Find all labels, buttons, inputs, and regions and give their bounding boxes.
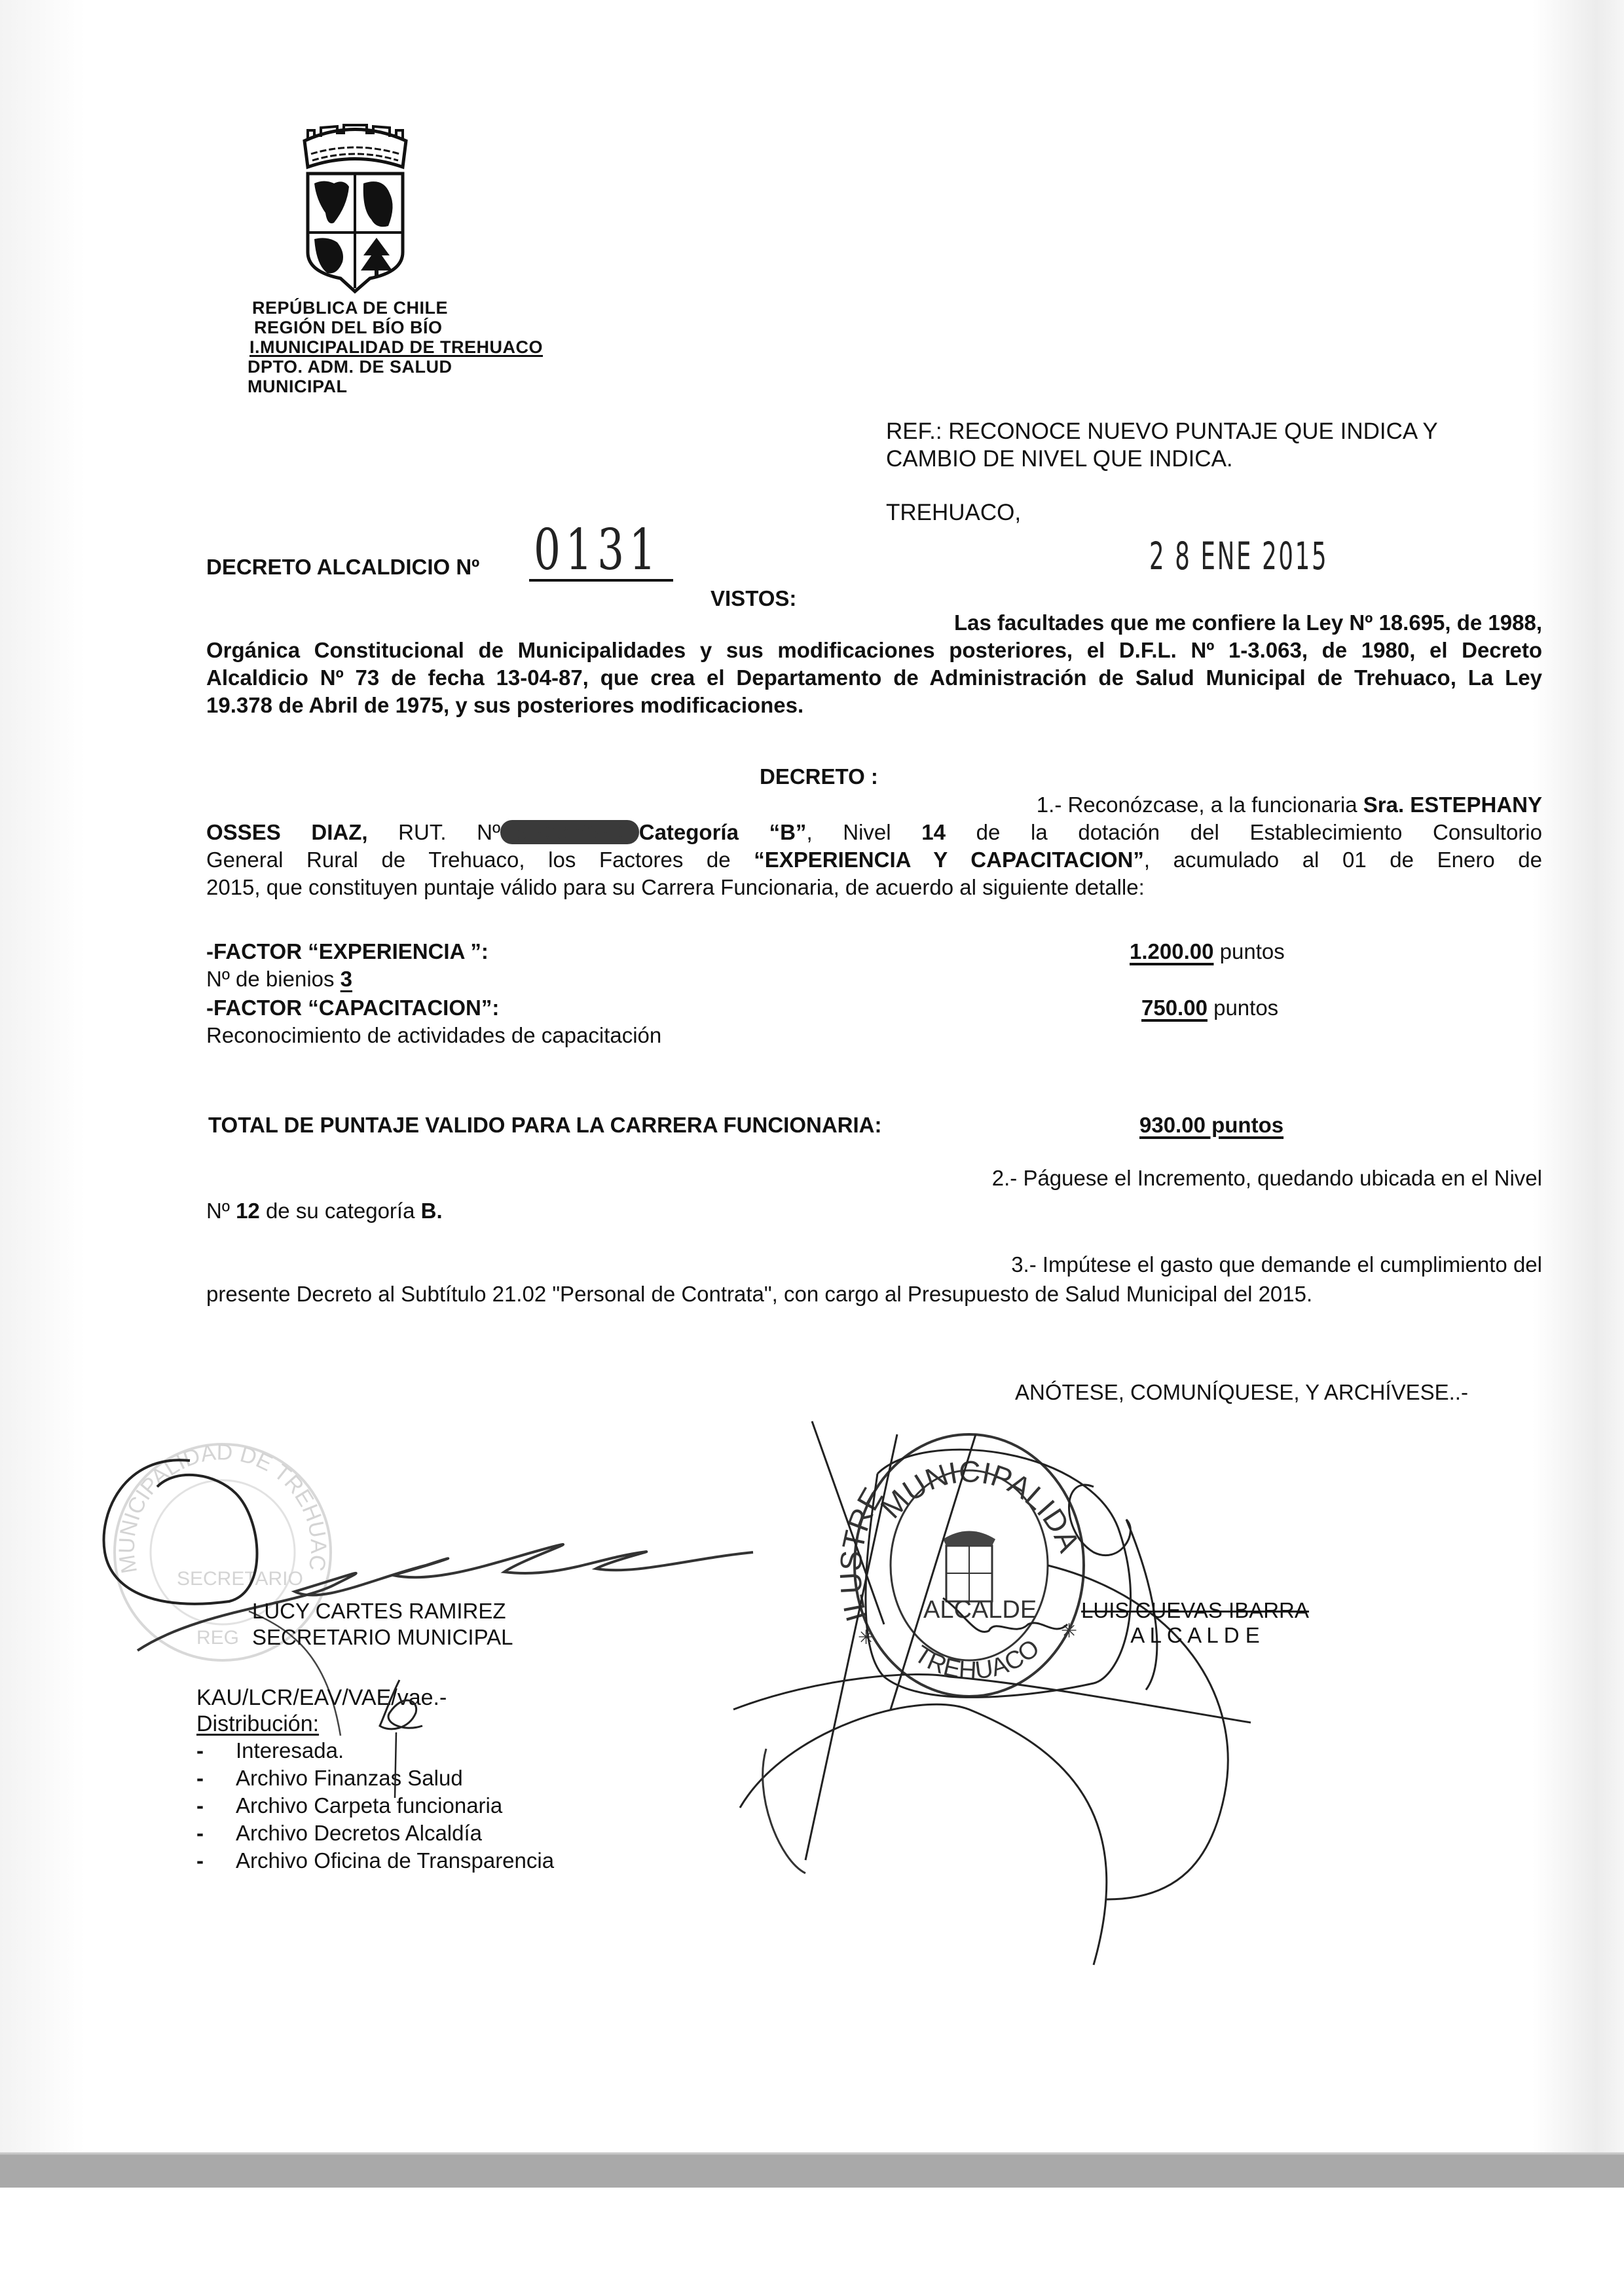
factor-capacitacion: -FACTOR “CAPACITACION”: Reconocimiento d… [206, 994, 1189, 1049]
vistos-line-3: Alcaldicio Nº 73 de fecha 13-04-87, que … [206, 664, 1542, 692]
article-1-line-1: 1.- Reconózcase, a la funcionaria Sra. E… [206, 791, 1542, 819]
initials-signature [363, 1673, 442, 1804]
secretary-title: SECRETARIO MUNICIPAL [252, 1624, 513, 1651]
factor-experiencia-detail: Nº de bienios 3 [206, 965, 1189, 993]
factor-capacitacion-points: 750.00 puntos [1130, 994, 1278, 1022]
mayor-signature [753, 1402, 1473, 1991]
bienios-count: 3 [341, 967, 352, 991]
article-2-line-2: Nº 12 de su categoría B. [206, 1197, 443, 1225]
new-level: 12 [236, 1199, 260, 1223]
current-level: 14 [921, 820, 946, 844]
secretary-block: LUCY CARTES RAMIREZ SECRETARIO MUNICIPAL [252, 1598, 513, 1651]
vistos-line-4: 19.378 de Abril de 1975, y sus posterior… [206, 692, 1542, 719]
article-3-line-2: presente Decreto al Subtítulo 21.02 "Per… [206, 1280, 1581, 1308]
place-label: TREHUACO, [886, 499, 1021, 527]
article-1: 1.- Reconózcase, a la funcionaria Sra. E… [206, 791, 1542, 901]
article-1-line-2: OSSES DIAZ, RUT. Nº15.703.837-0,Categorí… [206, 819, 1542, 846]
factor-experiencia: -FACTOR “EXPERIENCIA ”: Nº de bienios 3 [206, 938, 1189, 993]
factor-experiencia-title: -FACTOR “EXPERIENCIA ”: [206, 938, 1189, 965]
letterhead-country: REPÚBLICA DE CHILE [252, 298, 553, 318]
scan-shadow-left [0, 0, 85, 2155]
mayor-name: LUIS CUEVAS IBARRA [1067, 1598, 1323, 1623]
factor-capacitacion-detail: Reconocimiento de actividades de capacit… [206, 1022, 1189, 1049]
decreto-heading: DECRETO : [760, 763, 878, 791]
mayor-title: A L C A L D E [1067, 1623, 1323, 1648]
reference-block: REF.: RECONOCE NUEVO PUNTAJE QUE INDICA … [886, 418, 1541, 473]
distribution-item: -Archivo Decretos Alcaldía [196, 1819, 554, 1847]
employee-last-name: OSSES DIAZ, [206, 820, 368, 844]
factor-capacitacion-title: -FACTOR “CAPACITACION”: [206, 994, 1189, 1022]
vistos-heading: VISTOS: [710, 585, 796, 612]
mayor-block: LUIS CUEVAS IBARRA A L C A L D E [1067, 1598, 1323, 1648]
reference-line-2: CAMBIO DE NIVEL QUE INDICA. [886, 445, 1541, 473]
article-3-line-1: 3.- Impútese el gasto que demande el cum… [881, 1251, 1542, 1278]
article-1-line-4: 2015, que constituyen puntaje válido par… [206, 874, 1542, 901]
decree-number-label: DECRETO ALCALDICIO Nº [206, 553, 479, 581]
secretary-signature [98, 1461, 819, 1723]
employee-first-name: Sra. ESTEPHANY [1363, 793, 1542, 817]
vistos-line-1: Las facultades que me confiere la Ley Nº… [206, 609, 1542, 637]
vistos-paragraph: Las facultades que me confiere la Ley Nº… [206, 609, 1542, 719]
letterhead-municipality: I.MUNICIPALIDAD DE TREHUACO [249, 337, 553, 357]
factor-experiencia-points: 1.200.00 puntos [1130, 938, 1285, 965]
article-1-line-3: General Rural de Trehuaco, los Factores … [206, 846, 1542, 874]
letterhead-region: REGIÓN DEL BÍO BÍO [252, 318, 553, 337]
municipal-coat-of-arms-icon [298, 121, 413, 295]
decree-number-handwritten: 0131 [534, 517, 661, 583]
distribution-item: -Archivo Oficina de Transparencia [196, 1847, 554, 1875]
article-2-line-1: 2.- Páguese el Incremento, quedando ubic… [881, 1165, 1542, 1192]
secretary-name: LUCY CARTES RAMIREZ [252, 1598, 513, 1624]
letterhead: REPÚBLICA DE CHILE REGIÓN DEL BÍO BÍO I.… [252, 298, 553, 396]
letterhead-department: DPTO. ADM. DE SALUD MUNICIPAL [248, 357, 553, 396]
total-value: 930.00 puntos [1139, 1111, 1283, 1139]
vistos-line-2: Orgánica Constitucional de Municipalidad… [206, 637, 1542, 664]
reference-line-1: REF.: RECONOCE NUEVO PUNTAJE QUE INDICA … [886, 418, 1541, 445]
total-label: TOTAL DE PUNTAJE VALIDO PARA LA CARRERA … [208, 1111, 882, 1139]
date-stamp: 2 8 ENE 2015 [1149, 534, 1328, 578]
rut-redacted: 15.703.837-0, [500, 820, 639, 844]
scan-shadow-right [1532, 0, 1624, 2155]
scan-gray-band [0, 2155, 1624, 2188]
